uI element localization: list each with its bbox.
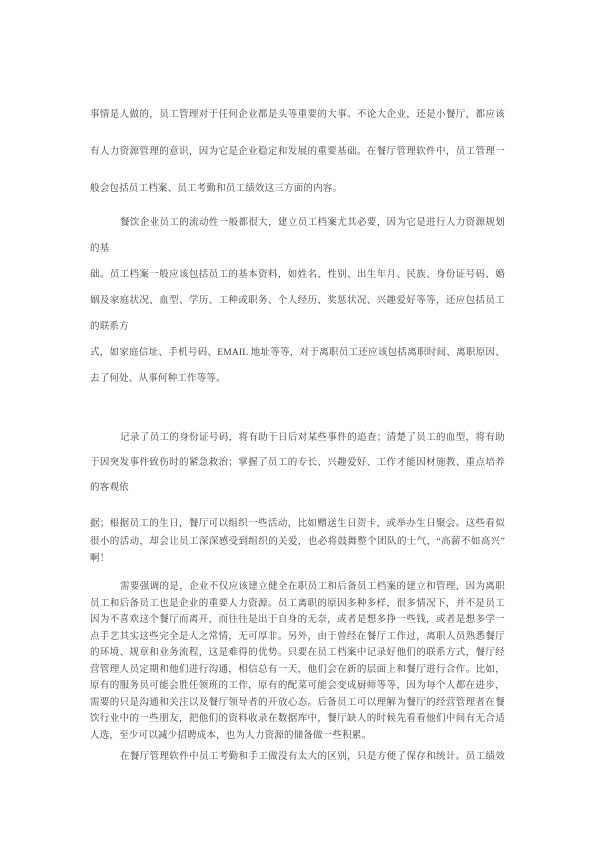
- text-line: 式，如家庭信址、手机号码、EMAIL 地址等等，对于离职员工还应该包括离职时间、…: [90, 340, 505, 366]
- text-line: 营管理人员定期和他们进行沟通，相信总有一天，他们会在新的层面上和餐厅进行合作。比…: [90, 662, 505, 679]
- text-line: 人选，至少可以减少招聘成本，也为人力资源的储备做一些积累。: [90, 728, 505, 745]
- paragraph: 记录了员工的身份证号码，将有助于日后对某些事件的追查；清楚了员工的血型，将有助于…: [90, 426, 505, 501]
- text-line: 饮行业中的一些朋友，把他们的资料收录在数据库中，餐厅缺人的时候先看看他们中间有无…: [90, 711, 505, 728]
- text-line: 事情是人做的，员工管理对于任何企业都是头等重要的大事。不论大企业，还是小餐厅，都…: [90, 97, 505, 134]
- text-line: 点手艺其实这些完全是人之常情，无可厚非。另外，由于曾经在餐厅工作过，离职人员熟悉…: [90, 629, 505, 646]
- paragraph: 事情是人做的，员工管理对于任何企业都是头等重要的大事。不论大企业，还是小餐厅，都…: [90, 97, 505, 208]
- paragraph: 餐饮企业员工的流动性一般都很大，建立员工档案尤其必要，因为它是进行人力资源规划的…: [90, 210, 505, 392]
- text-line: 般会包括员工档案、员工考勤和员工绩效这三方面的内容。: [90, 171, 505, 208]
- text-line: 的基: [90, 236, 505, 262]
- text-line: 需要的只是沟通和关注以及餐厅领导者的开放心态。后备员工可以理解为餐厅的经营管理者…: [90, 695, 505, 712]
- text-line: 记录了员工的身份证号码，将有助于日后对某些事件的追查；清楚了员工的血型，将有助: [90, 426, 505, 451]
- text-line: 姻及家庭状况、血型、学历、工种或职务、个人经历、奖惩状况、兴趣爱好等等，还应包括…: [90, 288, 505, 314]
- text-line: 啊！: [90, 551, 505, 569]
- document-page: 事情是人做的，员工管理对于任何企业都是头等重要的大事。不论大企业，还是小餐厅，都…: [0, 0, 595, 842]
- text-line: 原有的服务员可能会胜任领班的工作，原有的配菜可能会变成厨师等等，因为每个人都在进…: [90, 678, 505, 695]
- text-line: 有人力资源管理的意识，因为它是企业稳定和发展的重要基础。在餐厅管理软件中，员工管…: [90, 134, 505, 171]
- text-line: 在餐厅管理软件中员工考勤和手工做没有太大的区别，只是方便了保存和统计。员工绩效: [90, 749, 505, 766]
- text-line: 员工和后备员工也是企业的重要人力资源。员工离职的原因多种多样，很多情况下，并不是…: [90, 596, 505, 613]
- text-line: 于因突发事件致伤时的紧急救治；掌握了员工的专长、兴趣爱好、工作才能因材施教、重点…: [90, 451, 505, 476]
- paragraph: 需要强调的是，企业不仅应该建立健全在职员工和后备员工档案的建立和管理，因为离职员…: [90, 579, 505, 744]
- text-line: 因为不喜欢这个餐厅而离开，而往往是出于自身的无奈，或者是想多挣一些钱，或者是想多…: [90, 612, 505, 629]
- paragraph: 在餐厅管理软件中员工考勤和手工做没有太大的区别，只是方便了保存和统计。员工绩效: [90, 749, 505, 766]
- text-line: 据；根据员工的生日，餐厅可以组织一些活动，比如赠送生日贺卡，或举办生日聚会。这些…: [90, 516, 505, 534]
- text-line: 餐饮企业员工的流动性一般都很大，建立员工档案尤其必要，因为它是进行人力资源规划: [90, 210, 505, 236]
- text-line: 去了何处、从事何种工作等等。: [90, 366, 505, 392]
- paragraph: 据；根据员工的生日，餐厅可以组织一些活动，比如赠送生日贺卡，或举办生日聚会。这些…: [90, 516, 505, 569]
- text-line: 很小的活动，却会让员工深深感受到组织的关爱，也必将鼓舞整个团队的士气，“高薪不如…: [90, 534, 505, 552]
- text-line: 的环境、规章和业务流程，这是难得的优势。只要在员工档案中记录好他们的联系方式，餐…: [90, 645, 505, 662]
- text-line: 需要强调的是，企业不仅应该建立健全在职员工和后备员工档案的建立和管理，因为离职: [90, 579, 505, 596]
- text-line: 础。员工档案一般应该包括员工的基本资料，如姓名、性别、出生年月、民族、身份证号码…: [90, 262, 505, 288]
- text-line: 的联系方: [90, 314, 505, 340]
- text-line: 的客观依: [90, 476, 505, 501]
